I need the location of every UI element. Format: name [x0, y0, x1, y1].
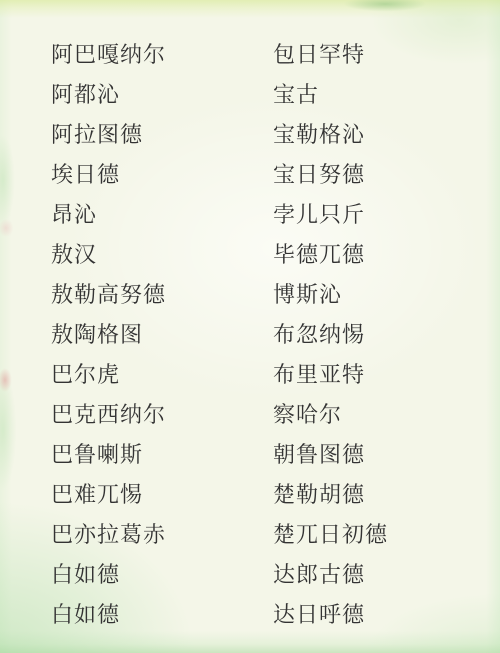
surname-right: 朝鲁图德	[273, 438, 491, 469]
table-row: 白如德 达日呼德	[51, 594, 491, 634]
surname-left: 白如德	[51, 558, 273, 589]
surname-right: 博斯沁	[273, 278, 491, 309]
surname-left: 阿拉图德	[51, 118, 273, 149]
table-row: 巴尔虎 布里亚特	[51, 354, 491, 394]
table-row: 敖陶格图 布忽纳惕	[51, 313, 491, 353]
surname-left: 敖汉	[51, 238, 273, 269]
surname-right: 布里亚特	[273, 358, 491, 389]
table-row: 巴鲁喇斯 朝鲁图德	[51, 434, 491, 474]
page: 阿巴嘎纳尔 包日罕特 阿都沁 宝古 阿拉图德 宝勒格沁 埃日德 宝日努德 昂沁 …	[0, 0, 500, 653]
surname-right: 楚勒胡德	[273, 478, 491, 509]
surname-right: 包日罕特	[273, 38, 491, 69]
surname-left: 巴难兀惕	[51, 478, 273, 509]
surname-right: 布忽纳惕	[273, 318, 491, 349]
surname-right: 孛儿只斤	[273, 198, 491, 229]
surname-right: 宝勒格沁	[273, 118, 491, 149]
table-row: 巴难兀惕 楚勒胡德	[51, 474, 491, 514]
surname-left: 敖勒高努德	[51, 278, 273, 309]
surname-left: 阿都沁	[51, 78, 273, 109]
surname-left: 埃日德	[51, 158, 273, 189]
surname-right: 达郎古德	[273, 558, 491, 589]
table-row: 阿都沁 宝古	[51, 73, 491, 113]
table-row: 阿拉图德 宝勒格沁	[51, 113, 491, 153]
surname-left: 昂沁	[51, 198, 273, 229]
surname-left: 巴鲁喇斯	[51, 438, 273, 469]
table-row: 阿巴嘎纳尔 包日罕特	[51, 33, 491, 73]
surname-right: 宝古	[273, 78, 491, 109]
table-row: 埃日德 宝日努德	[51, 153, 491, 193]
surname-left: 巴亦拉葛赤	[51, 518, 273, 549]
surname-right: 宝日努德	[273, 158, 491, 189]
table-row: 巴亦拉葛赤 楚兀日初德	[51, 514, 491, 554]
table-row: 敖勒高努德 博斯沁	[51, 273, 491, 313]
surname-list: 阿巴嘎纳尔 包日罕特 阿都沁 宝古 阿拉图德 宝勒格沁 埃日德 宝日努德 昂沁 …	[51, 33, 491, 634]
surname-left: 阿巴嘎纳尔	[51, 38, 273, 69]
surname-right: 楚兀日初德	[273, 518, 491, 549]
surname-left: 敖陶格图	[51, 318, 273, 349]
table-row: 昂沁 孛儿只斤	[51, 193, 491, 233]
table-row: 巴克西纳尔 察哈尔	[51, 394, 491, 434]
surname-right: 达日呼德	[273, 598, 491, 629]
surname-right: 毕德兀德	[273, 238, 491, 269]
surname-left: 巴克西纳尔	[51, 398, 273, 429]
table-row: 敖汉 毕德兀德	[51, 233, 491, 273]
surname-left: 白如德	[51, 598, 273, 629]
surname-right: 察哈尔	[273, 398, 491, 429]
surname-left: 巴尔虎	[51, 358, 273, 389]
table-row: 白如德 达郎古德	[51, 554, 491, 594]
